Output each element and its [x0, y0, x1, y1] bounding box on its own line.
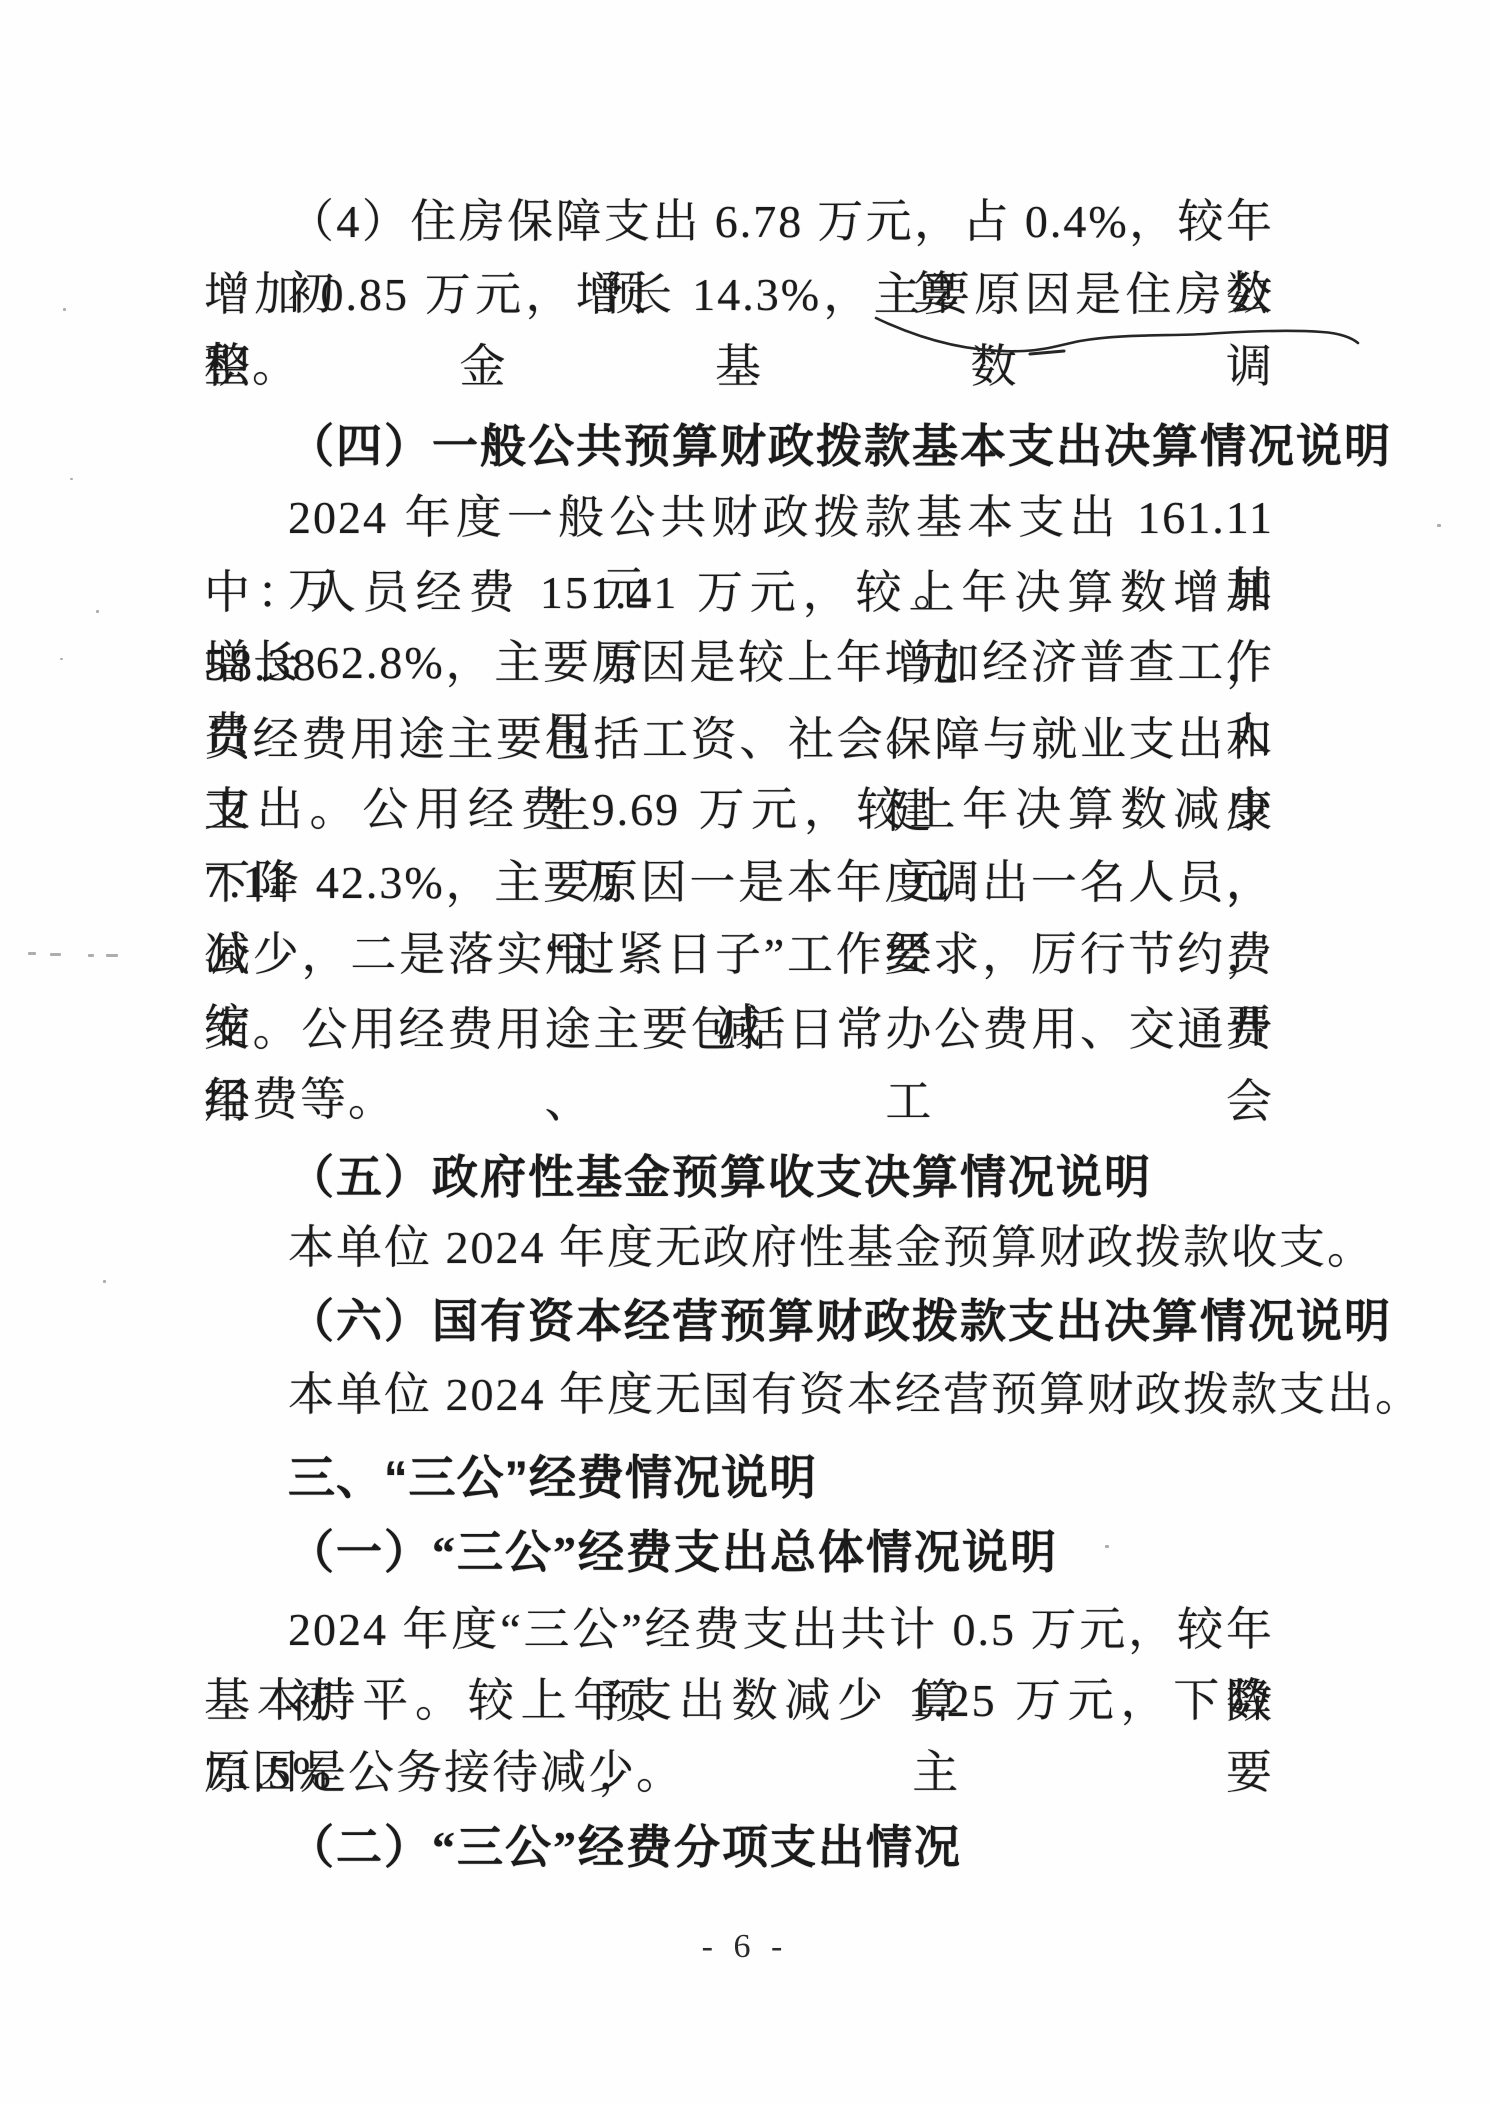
scan-noise-dot [96, 610, 99, 613]
document-page: （4）住房保障支出 6.78 万元，占 0.4%，较年初预算数增加 0.85 万… [0, 0, 1490, 2104]
text-line: 经费等。 [204, 1064, 1274, 1136]
scan-noise-dot [1437, 524, 1441, 527]
section-heading: （五）政府性基金预算收支决算情况说明 [288, 1142, 1274, 1214]
text-line: 原因是公务接待减少。 [204, 1737, 1274, 1809]
scan-noise-dot [50, 953, 61, 956]
scan-noise-dot [106, 954, 118, 957]
scan-noise-dot [88, 954, 94, 957]
scan-noise-dot [70, 478, 73, 480]
scan-noise-dot [103, 1280, 106, 1283]
section-heading: （四）一般公共预算财政拨款基本支出决算情况说明 [288, 411, 1274, 483]
scan-noise-dot [1105, 1545, 1109, 1548]
scan-noise-dot [28, 952, 36, 955]
section-heading: （六）国有资本经营预算财政拨款支出决算情况说明 [288, 1286, 1274, 1358]
text-line: 整。 [204, 330, 1274, 402]
page-number: - 6 - [0, 1928, 1490, 1966]
scan-noise-dot [60, 658, 63, 660]
text-line: 本单位 2024 年度无政府性基金预算财政拨款收支。 [288, 1212, 1274, 1284]
chapter-heading: 三、“三公”经费情况说明 [288, 1442, 1274, 1514]
section-heading: （一）“三公”经费支出总体情况说明 [288, 1517, 1274, 1589]
scan-noise-dot [63, 308, 66, 311]
section-heading: （二）“三公”经费分项支出情况 [288, 1812, 1274, 1884]
text-line: 本单位 2024 年度无国有资本经营预算财政拨款支出。 [288, 1359, 1274, 1431]
